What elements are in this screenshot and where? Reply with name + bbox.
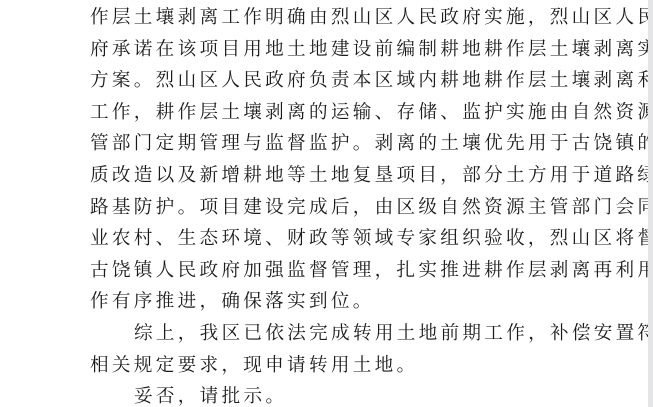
text-line: 方案。烈山区人民政府负责本区域内耕地耕作层土壤剥离利用: [90, 65, 574, 97]
summary-paragraph-line: 综上，我区已依法完成转用土地前期工作，补偿安置符合: [90, 318, 574, 350]
text-line: 管部门定期管理与监督监护。剥离的土壤优先用于古饶镇的提: [90, 128, 574, 160]
text-line: 路基防护。项目建设完成后，由区级自然资源主管部门会同农: [90, 192, 574, 224]
side-scroll-strip[interactable]: [648, 0, 653, 407]
text-line: 作有序推进，确保落实到位。: [90, 286, 574, 318]
text-line: 业农村、生态环境、财政等领域专家组织验收，烈山区将督促: [90, 223, 574, 255]
text-line: 古饶镇人民政府加强监督管理，扎实推进耕作层剥离再利用工: [90, 255, 574, 287]
text-line: 作层土壤剥离工作明确由烈山区人民政府实施，烈山区人民政: [90, 2, 574, 34]
text-line: 工作，耕作层土壤剥离的运输、存储、监护实施由自然资源主: [90, 97, 574, 129]
document-page: 作层土壤剥离工作明确由烈山区人民政府实施，烈山区人民政 府承诺在该项目用地土地建…: [0, 0, 648, 407]
text-line: 府承诺在该项目用地土地建设前编制耕地耕作层土壤剥离实施: [90, 34, 574, 66]
document-body: 作层土壤剥离工作明确由烈山区人民政府实施，烈山区人民政 府承诺在该项目用地土地建…: [90, 2, 574, 407]
text-line: 质改造以及新增耕地等土地复垦项目，部分土方用于道路绿化、: [90, 160, 574, 192]
summary-paragraph-line: 相关规定要求，现申请转用土地。: [90, 350, 574, 382]
closing-line: 妥否，请批示。: [90, 381, 574, 407]
